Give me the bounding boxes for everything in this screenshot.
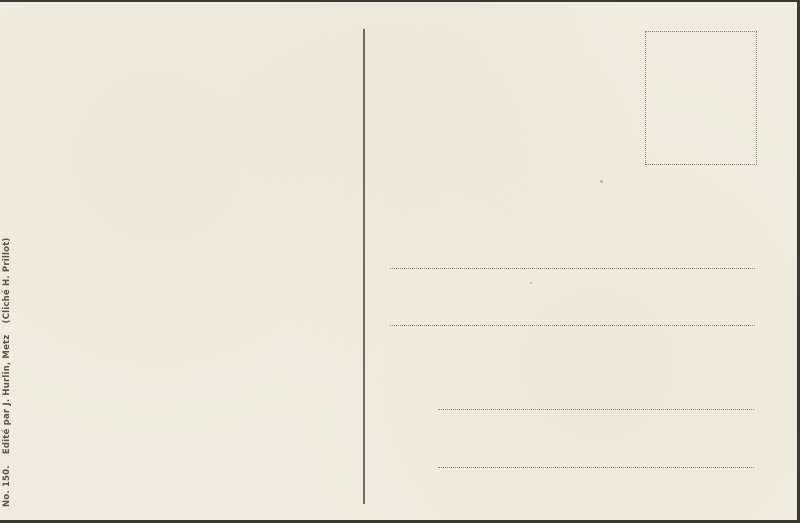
paper-speck bbox=[600, 180, 603, 183]
address-line-3 bbox=[438, 409, 754, 410]
center-divider bbox=[363, 29, 365, 504]
address-line-1 bbox=[390, 268, 755, 269]
postcard-back: No. 150. Edité par J. Hurlin, Metz (Clic… bbox=[0, 2, 797, 520]
stamp-box bbox=[645, 31, 757, 165]
paper-speck bbox=[530, 282, 532, 284]
photo-credit: (Cliché H. Prillot) bbox=[2, 238, 12, 324]
card-number: No. 150. bbox=[2, 465, 12, 507]
publisher-name: Edité par J. Hurlin, Metz bbox=[2, 335, 12, 455]
address-line-4 bbox=[438, 467, 754, 468]
publisher-credit: No. 150. Edité par J. Hurlin, Metz (Clic… bbox=[2, 197, 12, 507]
address-line-2 bbox=[390, 325, 755, 326]
